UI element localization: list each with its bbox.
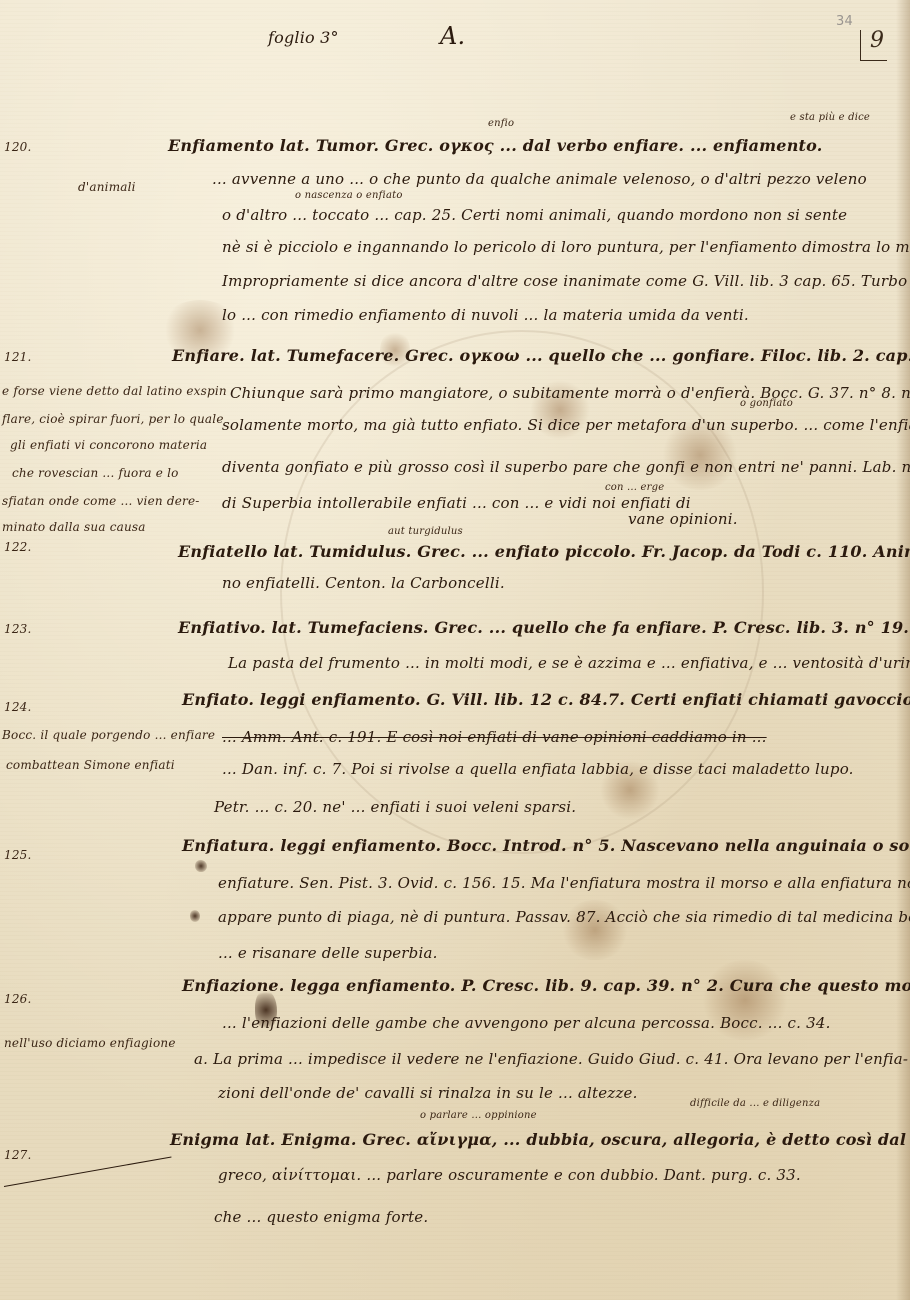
entry-line: La pasta del frumento ... in molti modi,…	[228, 654, 910, 672]
entry-line: Enfiatello lat. Tumidulus. Grec. ... enf…	[178, 542, 910, 561]
entry-line: ... e risanare delle superbia.	[218, 944, 438, 962]
entry-line: Enfiare. lat. Tumefacere. Grec. oγκοω ..…	[172, 346, 910, 365]
folio-bracket	[860, 30, 887, 61]
supralinear-note: o gonfiato	[740, 398, 793, 409]
margin-note: e forse viene detto dal latino exspin	[2, 384, 227, 398]
entry-line: enfiature. Sen. Pist. 3. Ovid. c. 156. 1…	[218, 874, 910, 892]
entry-line: ... l'enfiazioni delle gambe che avvengo…	[222, 1014, 831, 1032]
entry-line: ... avvenne a uno ... o che punto da qua…	[212, 170, 867, 188]
margin-note: d'animali	[78, 180, 136, 194]
margin-note: minato dalla sua causa	[2, 520, 146, 534]
entry-number: 126.	[4, 992, 32, 1006]
entry-number: 124.	[4, 700, 32, 714]
entry-line: di Superbia intollerabile enfiati ... co…	[222, 494, 691, 512]
entry-line: zioni dell'onde de' cavalli si rinalza i…	[218, 1084, 638, 1102]
supralinear-note: difficile da ... e diligenza	[690, 1098, 820, 1109]
page-edge-shadow	[896, 0, 910, 1300]
ink-blot	[195, 860, 207, 872]
supralinear-note: con ... erge	[605, 482, 664, 493]
entry-line: solamente morto, ma già tutto enfiato. S…	[222, 416, 910, 434]
entry-line: Chiunque sarà primo mangiatore, o subita…	[230, 384, 910, 402]
entry-line: lo ... con rimedio enfiamento di nuvoli …	[222, 306, 749, 324]
margin-note: gli enfiati vi concorono materia	[10, 438, 207, 452]
margin-note: sfiatan onde come ... vien dere-	[2, 494, 200, 508]
margin-note: Bocc. il quale porgendo ... enfiare	[2, 728, 215, 742]
margin-note: che rovescian ... fuora e lo	[12, 466, 179, 480]
entry-line: greco, αἰνίττομαι. ... parlare oscuramen…	[218, 1166, 801, 1184]
entry-line: ... Dan. inf. c. 7. Poi si rivolse a que…	[222, 760, 854, 778]
entry-line: a. La prima ... impedisce il vedere ne l…	[194, 1050, 908, 1068]
top-note-left: foglio 3°	[268, 28, 339, 47]
entry-number: 125.	[4, 848, 32, 862]
margin-note: nell'uso diciamo enfiagione	[4, 1036, 176, 1050]
entry-line: Impropriamente si dice ancora d'altre co…	[222, 272, 907, 290]
entry-line: Enfiazione. legga enfiamento. P. Cresc. …	[182, 976, 910, 995]
top-note-center: A.	[440, 22, 465, 50]
entry-line: vane opinioni.	[628, 510, 738, 528]
margin-note: flare, cioè spirar fuori, per lo quale	[2, 412, 224, 426]
entry-number: 122.	[4, 540, 32, 554]
ink-blot	[190, 910, 200, 922]
supralinear-note: aut turgidulus	[388, 526, 463, 537]
folio-number-pencil: 34	[836, 14, 853, 29]
entry-line: o d'altro ... toccato ... cap. 25. Certi…	[222, 206, 847, 224]
entry-line: diventa gonfiato e più grosso così il su…	[222, 458, 910, 476]
manuscript-page: foglio 3° A. 34 9 120. 121. 122. 123. 12…	[0, 0, 910, 1300]
entry-line: Enfiato. leggi enfiamento. G. Vill. lib.…	[182, 690, 910, 709]
entry-line-struck: ... Amm. Ant. c. 191. E così noi enfiati…	[222, 728, 767, 746]
entry-line: no enfiatelli. Centon. la Carboncelli.	[222, 574, 505, 592]
entry-number: 121.	[4, 350, 32, 364]
entry-number: 120.	[4, 140, 32, 154]
entry-line: Enigma lat. Enigma. Grec. αἴνιγμα, ... d…	[170, 1130, 910, 1149]
entry-line: Petr. ... c. 20. ne' ... enfiati i suoi …	[214, 798, 576, 816]
entry-line: Enfiamento lat. Tumor. Grec. oγκος ... d…	[168, 136, 822, 155]
entry-line: Enfiatura. leggi enfiamento. Bocc. Intro…	[182, 836, 910, 855]
entry-line: nè si è picciolo e ingannando lo pericol…	[222, 238, 910, 256]
entry-line: Enfiativo. lat. Tumefaciens. Grec. ... q…	[178, 618, 909, 637]
supralinear-note: o parlare ... oppinione	[420, 1110, 537, 1121]
entry-number: 123.	[4, 622, 32, 636]
entry-line: appare punto di piaga, nè di puntura. Pa…	[218, 908, 910, 926]
margin-note: combattean Simone enfiati	[6, 758, 175, 772]
entry-line: che ... questo enigma forte.	[214, 1208, 428, 1226]
supralinear-note: o nascenza o enfiato	[295, 190, 403, 201]
supralinear-note: e sta più e dice	[790, 112, 870, 123]
entry-number: 127.	[4, 1148, 32, 1162]
supralinear-note: enfio	[488, 118, 514, 129]
